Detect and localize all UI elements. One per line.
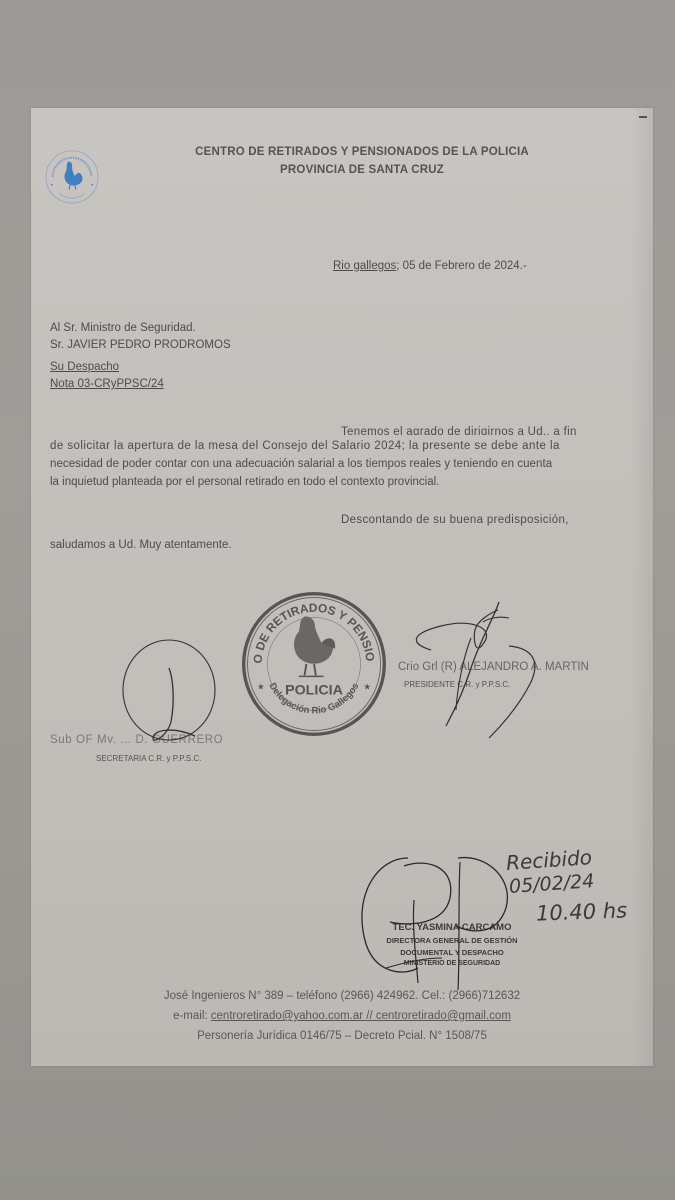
rooster-icon	[294, 616, 335, 676]
body-line-1: de solicitar la apertura de la mesa del …	[50, 440, 560, 452]
president-signature	[401, 598, 551, 748]
handwritten-date: 05/02/24	[508, 870, 595, 898]
page-shadow	[631, 108, 653, 1066]
date-value: ; 05 de Febrero de 2024.-	[396, 260, 526, 272]
date-place: Rio gallegos	[333, 260, 396, 272]
recipient-line-1: Al Sr. Ministro de Seguridad.	[50, 322, 196, 334]
recipient-line-2: Sr. JAVIER PEDRO PRODROMOS	[50, 339, 231, 348]
body-line-2: necesidad de poder contar con una adecua…	[50, 458, 552, 470]
province-name: PROVINCIA DE SANTA CRUZ	[162, 164, 562, 176]
receiver-title-1: DIRECTORA GENERAL DE GESTIÓN	[377, 936, 527, 945]
body-line-3: la inquietud planteada por el personal r…	[50, 476, 439, 488]
police-seal-stamp: CENTRO DE RETIRADOS Y PENSIONADOS Delega…	[238, 588, 390, 740]
receiver-title-2: DOCUMENTAL Y DESPACHO	[377, 948, 527, 957]
secretary-name: Sub OF My. ... D. GUERRERO	[50, 734, 223, 743]
footer-address: José Ingenieros N° 389 – teléfono (2966)…	[31, 990, 653, 1002]
recipient-line-3: Su Despacho	[50, 361, 119, 373]
closing-line-1: Descontando de su buena predisposición,	[341, 514, 569, 526]
secretary-title: SECRETARIA C.R. y P.P.S.C.	[96, 754, 201, 763]
body-opening: Tenemos el agrado de dirigirnos a Ud., a…	[341, 426, 577, 435]
footer-email-links[interactable]: centroretirado@yahoo.com.ar // centroret…	[211, 1010, 511, 1022]
president-title: PRESIDENTE C.R. y P.P.S.C.	[404, 680, 510, 689]
svg-text:★: ★	[363, 682, 371, 692]
receiver-name: TEC. YASMINA CARCAMO	[377, 922, 527, 933]
organization-name: CENTRO DE RETIRADOS Y PENSIONADOS DE LA …	[162, 146, 562, 158]
closing-line-2: saludamos a Ud. Muy atentamente.	[50, 539, 232, 551]
document-page: CENTRO DE RETIRADOS Y PENSIONADOS DE LA …	[31, 108, 653, 1066]
receiver-title-3: MINISTERIO DE SEGURIDAD	[377, 960, 527, 966]
rooster-seal-icon	[43, 148, 101, 206]
footer-legal: Personería Jurídica 0146/75 – Decreto Pc…	[31, 1030, 653, 1042]
svg-text:★: ★	[257, 682, 265, 692]
president-name: Crio Grl (R) ALEJANDRO A. MARTIN	[398, 661, 589, 673]
reference-number: Nota 03-CRyPPSC/24	[50, 378, 164, 390]
seal-center-text: POLICIA	[285, 682, 343, 698]
footer-email: e-mail: centroretirado@yahoo.com.ar // c…	[31, 1010, 653, 1022]
handwritten-time: 10.40 hs	[536, 898, 628, 925]
footer-email-label: e-mail:	[173, 1010, 211, 1022]
date-line: Rio gallegos; 05 de Febrero de 2024.-	[333, 260, 527, 272]
edge-mark	[639, 116, 647, 118]
